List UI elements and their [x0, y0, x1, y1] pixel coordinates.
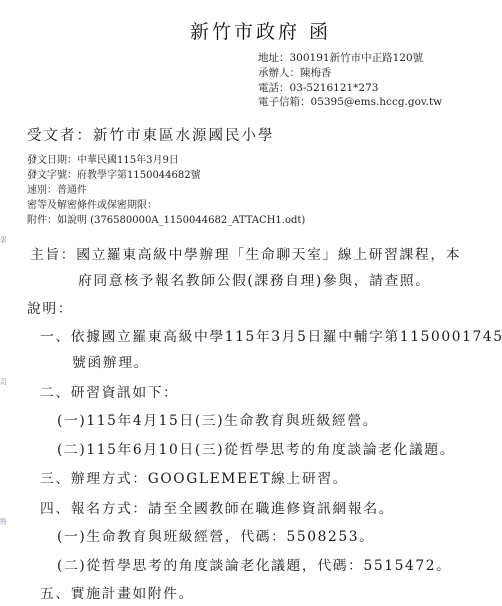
explanation-item-2-sub-1: (一)115年4月15日(三)生命教育與班級經營。: [57, 412, 378, 430]
explanation-heading: 說明：: [27, 300, 73, 318]
issue-date: 發文日期：中華民國115年3月9日: [27, 154, 179, 168]
subject-line-2: 府同意核予報名教師公假(課務自理)參與，請查照。: [78, 272, 431, 290]
explanation-item-4-sub-1: (一)生命教育與班級經營，代碼：5508253。: [57, 528, 375, 546]
explanation-item-1: 一、依據國立羅東高級中學115年3月5日羅中輔字第1150001745: [40, 328, 502, 346]
subject-line-1: 主旨：國立羅東高級中學辦理「生命聊天室」線上研習課程，本: [30, 246, 461, 264]
explanation-item-2: 二、研習資訊如下：: [40, 384, 179, 402]
explanation-item-4-sub-2: (二)從哲學思考的角度談論老化議題，代碼：5515472。: [57, 557, 452, 575]
explanation-item-2-sub-2: (二)115年6月10日(三)從哲學思考的角度談論老化議題。: [57, 441, 455, 459]
contact-address: 地址：300191新竹市中正路120號: [258, 51, 423, 65]
recipient: 受文者：新竹市東區水源國民小學: [27, 124, 275, 145]
binding-mark-2: 訂: [0, 378, 6, 386]
binding-mark-1: 裝: [0, 236, 6, 244]
explanation-item-3: 三、辦理方式：GOOGLEMEET線上研習。: [40, 470, 348, 488]
binding-mark-3: 線: [0, 518, 6, 526]
document-title: 新竹市政府 函: [190, 17, 331, 44]
attachment-link[interactable]: 附件：如說明 (376580000A_1150044682_ATTACH1.od…: [27, 214, 305, 228]
delivery-type: 速別：普通件: [27, 184, 87, 198]
explanation-item-4: 四、報名方式：請至全國教師在職進修資訊網報名。: [40, 500, 394, 518]
explanation-item-5: 五、實施計畫如附件。: [40, 585, 194, 603]
classification: 密等及解密條件或保密期限：: [27, 199, 157, 213]
contact-phone: 電話：03-5216121*273: [258, 81, 378, 95]
explanation-item-1-cont: 號函辦理。: [72, 354, 149, 372]
issue-number: 發文字號：府教學字第1150044682號: [27, 169, 201, 183]
contact-email: 電子信箱：05395@ems.hccg.gov.tw: [258, 95, 442, 109]
contact-handler: 承辦人：陳梅香: [258, 66, 332, 80]
